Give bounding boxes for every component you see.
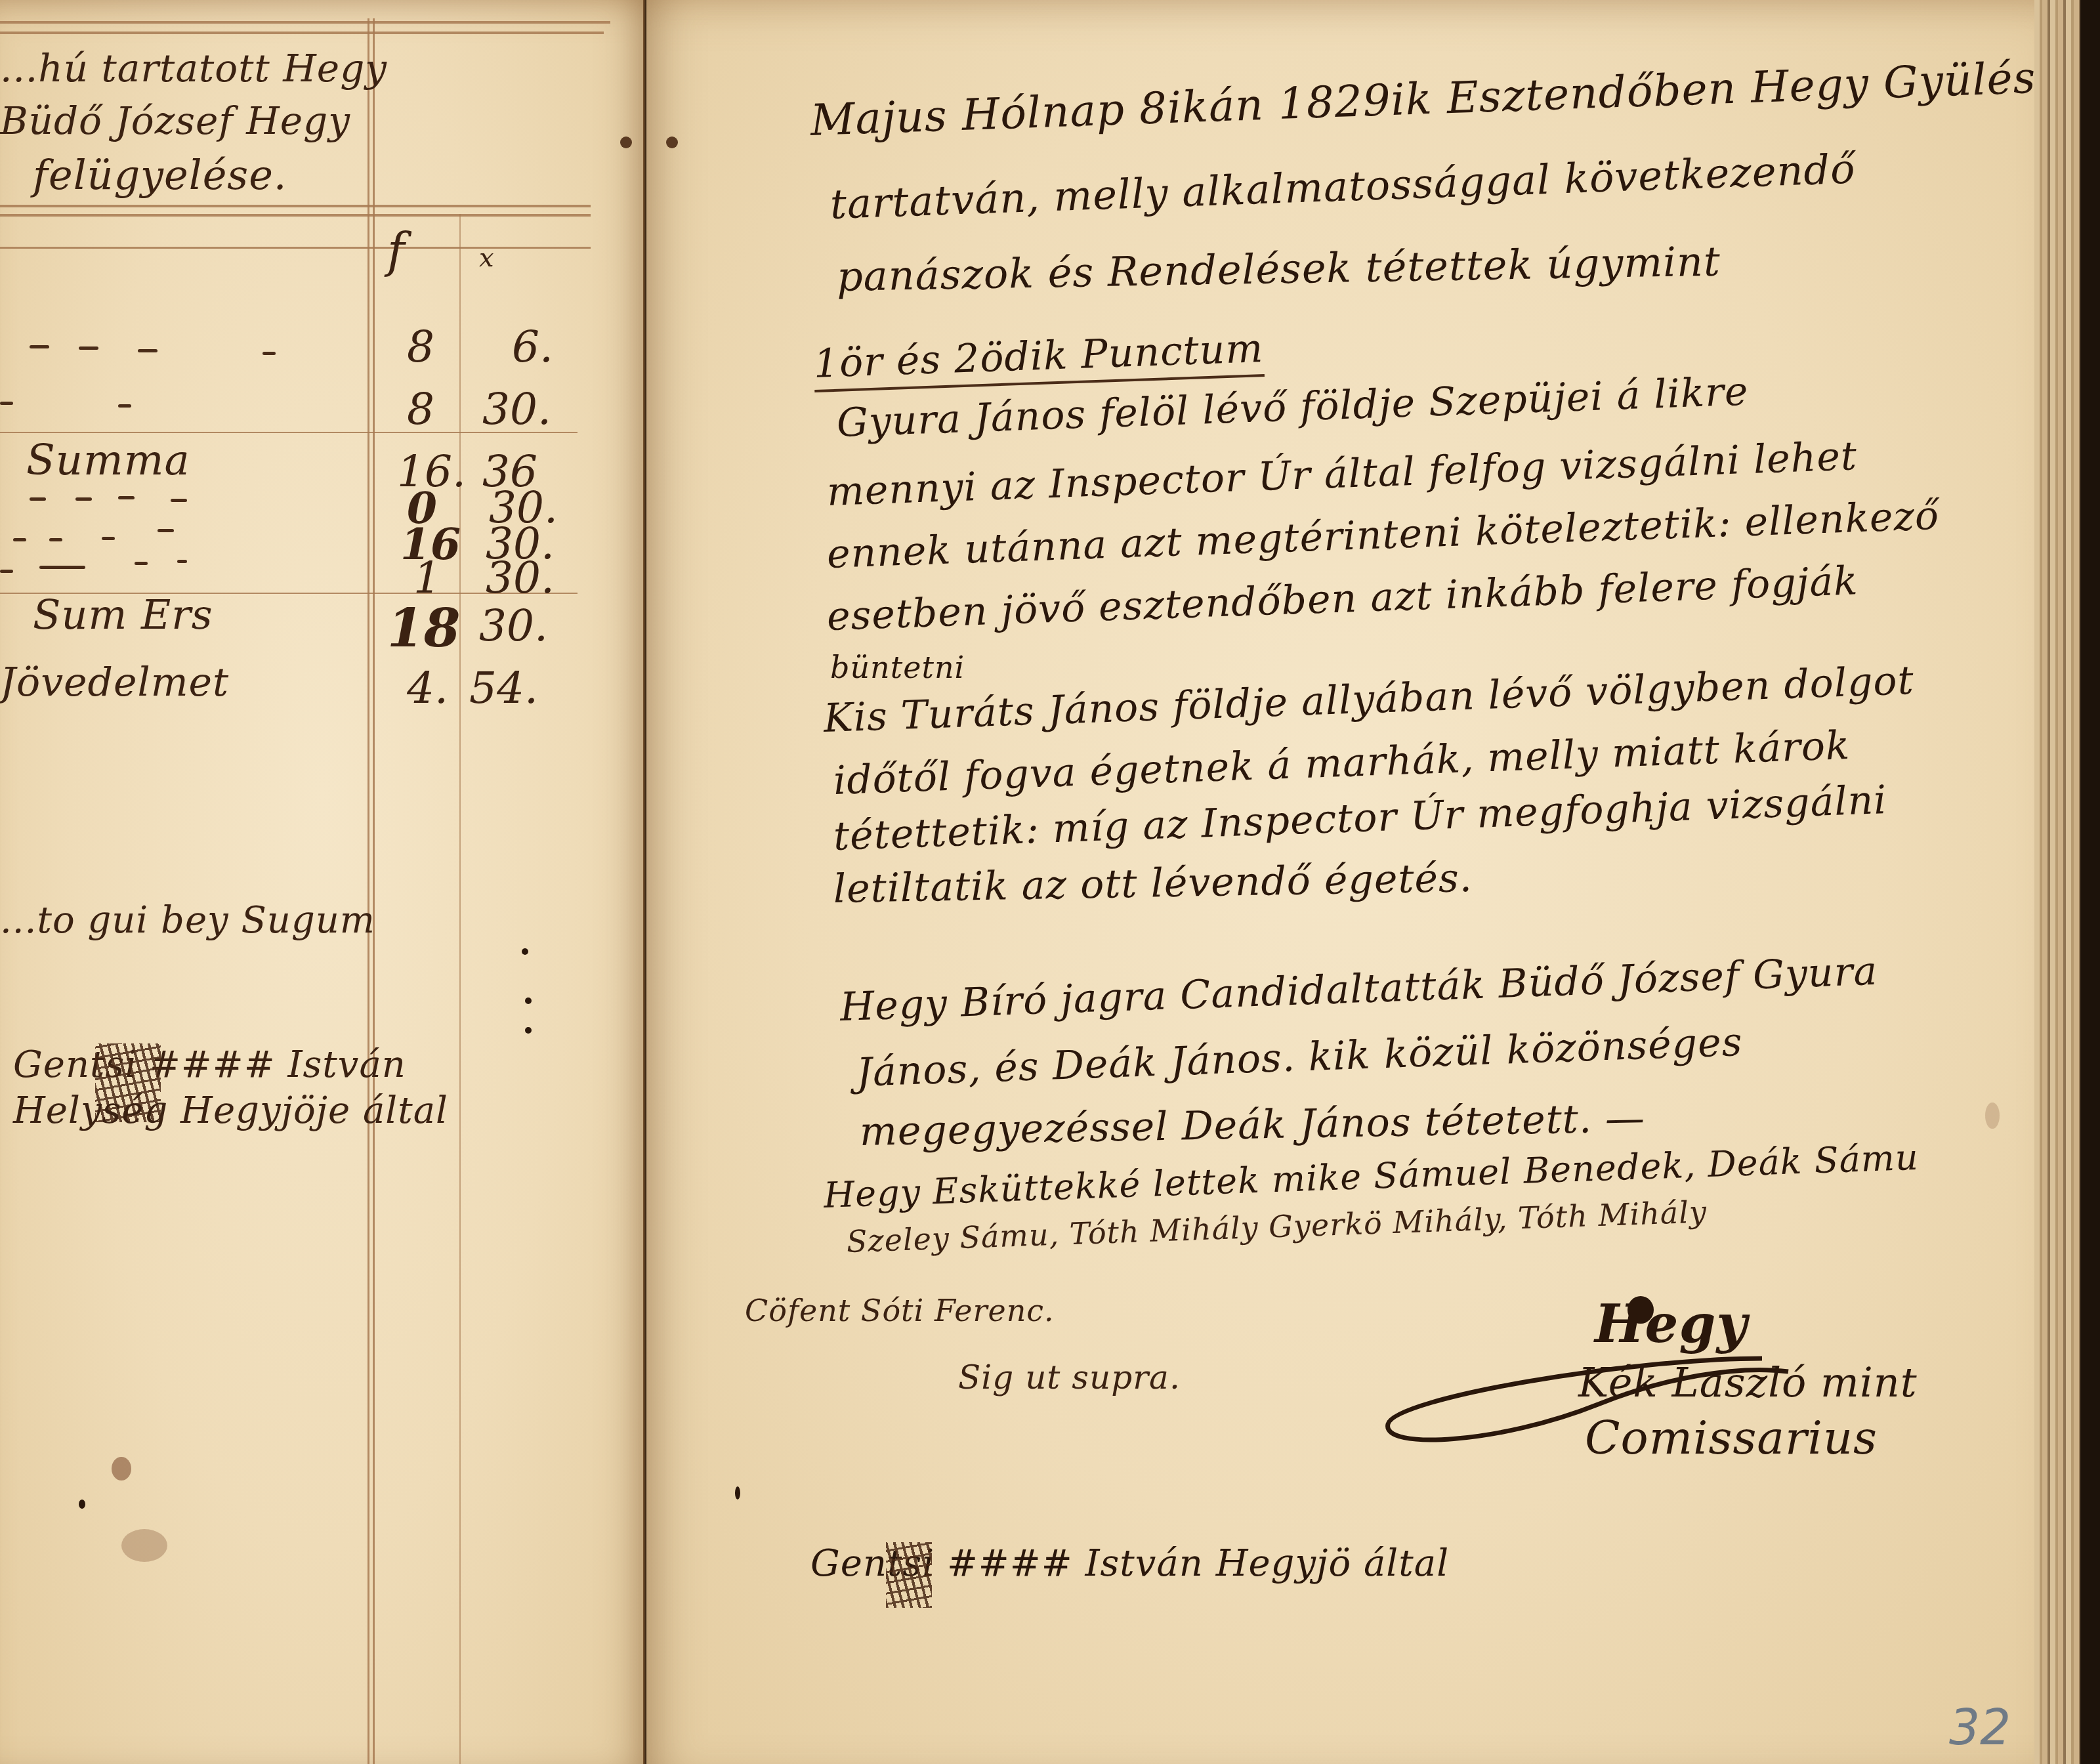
ruled-line bbox=[0, 205, 591, 207]
minutes-intro-line: tartatván, melly alkalmatossággal követk… bbox=[829, 144, 1857, 228]
entry-krajcar: 30. bbox=[482, 384, 551, 434]
attestation: Sig ut supra. bbox=[958, 1358, 1181, 1396]
attestation: Cöfent Sóti Ferenc. bbox=[745, 1293, 1055, 1328]
entry-label: Summa bbox=[26, 436, 190, 485]
entry-krajcar: 30. bbox=[479, 600, 548, 651]
entry-forint: 1 bbox=[413, 553, 441, 603]
binding-hole bbox=[620, 136, 632, 148]
entry-forint: 18 bbox=[387, 597, 460, 659]
left-page: ...hú tartatott Hegy Büdő József Hegy fe… bbox=[0, 0, 646, 1764]
entry-krajcar: 54. bbox=[469, 663, 538, 713]
entry-krajcar: 6. bbox=[512, 322, 553, 372]
column-rule bbox=[367, 18, 369, 1764]
ink-blot bbox=[1627, 1296, 1654, 1324]
page-edges bbox=[2034, 0, 2100, 1764]
election-line: Hegy Bíró jagra Candidaltatták Büdő Józs… bbox=[839, 948, 1878, 1030]
signature-line: Helység Hegyjöje által bbox=[13, 1089, 448, 1132]
ink-mark bbox=[735, 1486, 740, 1500]
paper-stain bbox=[1985, 1102, 2000, 1129]
ruled-line bbox=[0, 21, 610, 24]
book-spread: ...hú tartatott Hegy Büdő József Hegy fe… bbox=[0, 0, 2100, 1764]
entry-forint: 8 bbox=[407, 322, 434, 372]
right-page: Majus Hólnap 8ikán 1829ik Esztendőben He… bbox=[646, 0, 2034, 1764]
ledger-note: ...to gui bey Sugum bbox=[0, 899, 375, 942]
column-rule bbox=[373, 18, 375, 1764]
paper-stain bbox=[112, 1457, 131, 1480]
krajcar-column-header: x bbox=[479, 243, 494, 273]
paper-stain bbox=[121, 1529, 167, 1562]
ink-spot bbox=[79, 1500, 85, 1509]
election-line: megegyezéssel Deák János tétetett. — bbox=[859, 1095, 1645, 1155]
page-number: 32 bbox=[1949, 1700, 2011, 1756]
entry-label: Sum Ers bbox=[33, 591, 213, 639]
minutes-intro-line: Majus Hólnap 8ikán 1829ik Esztendőben He… bbox=[810, 52, 2037, 146]
ledger-heading-line: felügyelése. bbox=[33, 151, 287, 199]
election-line: János, és Deák János. kik közül közönség… bbox=[856, 1019, 1744, 1096]
ink-dot bbox=[525, 1027, 532, 1034]
ledger-heading-line: ...hú tartatott Hegy bbox=[0, 46, 387, 91]
ink-dot bbox=[525, 997, 532, 1004]
cross-mark bbox=[886, 1542, 932, 1608]
ink-dot bbox=[522, 948, 528, 955]
ruled-line bbox=[0, 31, 604, 34]
forint-column-header: f bbox=[387, 223, 405, 278]
section-heading: 1ör és 2ödik Punctum bbox=[813, 325, 1265, 392]
signature-flourish bbox=[1368, 1332, 1841, 1463]
ruled-line bbox=[0, 214, 591, 217]
entry-forint: 8 bbox=[407, 384, 434, 434]
resolution-line: letiltatik az ott lévendő égetés. bbox=[833, 855, 1473, 912]
binding-hole bbox=[666, 136, 678, 148]
signature-line: Gentsi #### István bbox=[13, 1043, 406, 1086]
ledger-heading-line: Büdő József Hegy bbox=[0, 98, 350, 143]
entry-krajcar: 30. bbox=[486, 553, 555, 603]
entry-label: Jövedelmet bbox=[0, 660, 229, 705]
resolution-line: büntetni bbox=[830, 650, 965, 685]
ruled-line bbox=[0, 247, 591, 249]
entry-forint: 4. bbox=[407, 663, 448, 713]
minutes-intro-line: panászok és Rendelések tétettek úgymint bbox=[836, 237, 1721, 300]
